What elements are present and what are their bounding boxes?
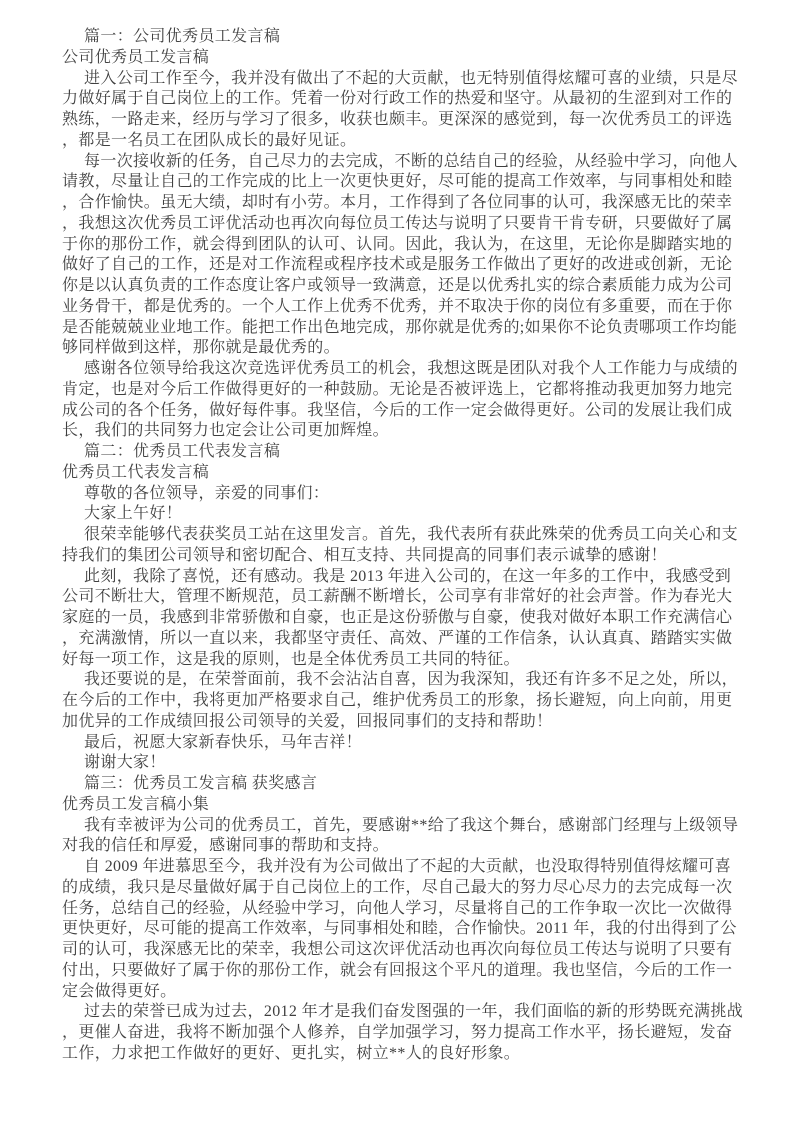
text-line: 长，我们的共同努力也定会让公司更加辉煌。 bbox=[62, 421, 740, 442]
text-line: 请教，尽量让自己的工作完成的比上一次更快更好，尽可能的提高工作效率，与同事相处和… bbox=[62, 172, 740, 193]
text-line: 尊敬的各位领导，亲爱的同事们： bbox=[62, 484, 740, 505]
document-page: 篇一：公司优秀员工发言稿公司优秀员工发言稿进入公司工作至今，我并没有做出了不起的… bbox=[0, 0, 794, 1123]
text-line: 篇二：优秀员工代表发言稿 bbox=[62, 442, 740, 463]
text-line: 公司优秀员工发言稿 bbox=[62, 48, 740, 69]
text-line: ，都是一名员工在团队成长的最好见证。 bbox=[62, 131, 740, 152]
text-line: 加优异的工作成绩回报公司领导的关爱，回报同事们的支持和帮助！ bbox=[62, 712, 740, 733]
text-line: 自 2009 年进慕思至今，我并没有为公司做出了不起的大贡献，也没取得特别值得炫… bbox=[62, 857, 740, 878]
text-line: 对我的信任和厚爱，感谢同事的帮助和支持。 bbox=[62, 836, 740, 857]
text-line: 成公司的各个任务，做好每件事。我坚信，今后的工作一定会做得更好。公司的发展让我们… bbox=[62, 401, 740, 422]
text-line: 进入公司工作至今，我并没有做出了不起的大贡献，也无特别值得炫耀可喜的业绩，只是尽 bbox=[62, 69, 740, 90]
text-line: 更快更好，尽可能的提高工作效率，与同事相处和睦，合作愉快。2011 年，我的付出… bbox=[62, 919, 740, 940]
text-line: 持我们的集团公司领导和密切配合、相互支持、共同提高的同事们表示诚挚的感谢！ bbox=[62, 546, 740, 567]
text-line: 肯定，也是对今后工作做得更好的一种鼓励。无论是否被评选上，它都将推动我更加努力地… bbox=[62, 380, 740, 401]
text-line: 我还要说的是，在荣誉面前，我不会沾沾自喜，因为我深知，我还有许多不足之处，所以， bbox=[62, 670, 740, 691]
text-line: 优秀员工发言稿小集 bbox=[62, 795, 740, 816]
text-line: 在今后的工作中，我将更加严格要求自己，维护优秀员工的形象，扬长避短，向上向前，用… bbox=[62, 691, 740, 712]
text-line: 工作，力求把工作做好的更好、更扎实，树立**人的良好形象。 bbox=[62, 1044, 740, 1065]
text-line: 好每一项工作，这是我的原则，也是全体优秀员工共同的特征。 bbox=[62, 650, 740, 671]
text-line: 于你的那份工作，就会得到团队的认可、认同。因此，我认为，在这里，无论你是脚踏实地… bbox=[62, 235, 740, 256]
text-line: 定会做得更好。 bbox=[62, 982, 740, 1003]
text-line: 感谢各位领导给我这次竞选评优秀员工的机会，我想这既是团队对我个人工作能力与成绩的 bbox=[62, 359, 740, 380]
text-line: 做好了自己的工作，还是对工作流程或程序技术或是服务工作做出了更好的改进或创新，无… bbox=[62, 255, 740, 276]
text-line: 我有幸被评为公司的优秀员工，首先，要感谢**给了我这个舞台，感谢部门经理与上级领… bbox=[62, 816, 740, 837]
text-line: 你是以认真负责的工作态度让客户或领导一致满意，还是以优秀扎实的综合素质能力成为公… bbox=[62, 276, 740, 297]
text-line: 大家上午好！ bbox=[62, 504, 740, 525]
text-line: 篇三：优秀员工发言稿 获奖感言 bbox=[62, 774, 740, 795]
text-line: 力做好属于自己岗位上的工作。凭着一份对行政工作的热爱和坚守。从最初的生涩到对工作… bbox=[62, 89, 740, 110]
text-line: ，充满激情，所以一直以来，我都坚守责任、高效、严谨的工作信条，认认真真、踏踏实实… bbox=[62, 629, 740, 650]
text-line: 篇一：公司优秀员工发言稿 bbox=[62, 27, 740, 48]
text-line: 每一次接收新的任务，自己尽力的去完成，不断的总结自己的经验，从经验中学习，向他人 bbox=[62, 152, 740, 173]
text-line: 业务骨干，都是优秀的。一个人工作上优秀不优秀，并不取决于你的岗位有多重要，而在于… bbox=[62, 297, 740, 318]
text-line: 谢谢大家！ bbox=[62, 753, 740, 774]
text-line: 够同样做到这样，那你就是最优秀的。 bbox=[62, 338, 740, 359]
text-line: 此刻，我除了喜悦，还有感动。我是 2013 年进入公司的，在这一年多的工作中，我… bbox=[62, 567, 740, 588]
document-body: 篇一：公司优秀员工发言稿公司优秀员工发言稿进入公司工作至今，我并没有做出了不起的… bbox=[62, 27, 740, 1065]
text-line: 家庭的一员，我感到非常骄傲和自豪，也正是这份骄傲与自豪，使我对做好本职工作充满信… bbox=[62, 608, 740, 629]
text-line: ，更催人奋进，我将不断加强个人修养，自学加强学习，努力提高工作水平，扬长避短，发… bbox=[62, 1023, 740, 1044]
text-line: 很荣幸能够代表获奖员工站在这里发言。首先，我代表所有获此殊荣的优秀员工向关心和支 bbox=[62, 525, 740, 546]
text-line: 付出，只要做好了属于你的那份工作，就会有回报这个平凡的道理。我也坚信，今后的工作… bbox=[62, 961, 740, 982]
text-line: 优秀员工代表发言稿 bbox=[62, 463, 740, 484]
text-line: 最后，祝愿大家新春快乐，马年吉祥！ bbox=[62, 733, 740, 754]
text-line: ，我想这次优秀员工评优活动也再次向每位员工传达与说明了只要肯干肯专研，只要做好了… bbox=[62, 214, 740, 235]
text-line: 任务，总结自己的经验，从经验中学习，向他人学习，尽量将自己的工作争取一次比一次做… bbox=[62, 899, 740, 920]
text-line: 公司不断壮大，管理不断规范，员工薪酬不断增长，公司享有非常好的社会声誉。作为春光… bbox=[62, 587, 740, 608]
text-line: 司的认可，我深感无比的荣幸，我想公司这次评优活动也再次向每位员工传达与说明了只要… bbox=[62, 940, 740, 961]
text-line: 是否能兢兢业业地工作。能把工作出色地完成，那你就是优秀的;如果你不论负责哪项工作… bbox=[62, 318, 740, 339]
text-line: 过去的荣誉已成为过去，2012 年才是我们奋发图强的一年，我们面临的新的形势既充… bbox=[62, 1002, 740, 1023]
text-line: ，合作愉快。虽无大绩，却时有小劳。本月，工作得到了各位同事的认可，我深感无比的荣… bbox=[62, 193, 740, 214]
text-line: 的成绩，我只是尽量做好属于自己岗位上的工作，尽自己最大的努力尽心尽力的去完成每一… bbox=[62, 878, 740, 899]
text-line: 熟练，一路走来，经历与学习了很多，收获也颇丰。更深深的感觉到，每一次优秀员工的评… bbox=[62, 110, 740, 131]
